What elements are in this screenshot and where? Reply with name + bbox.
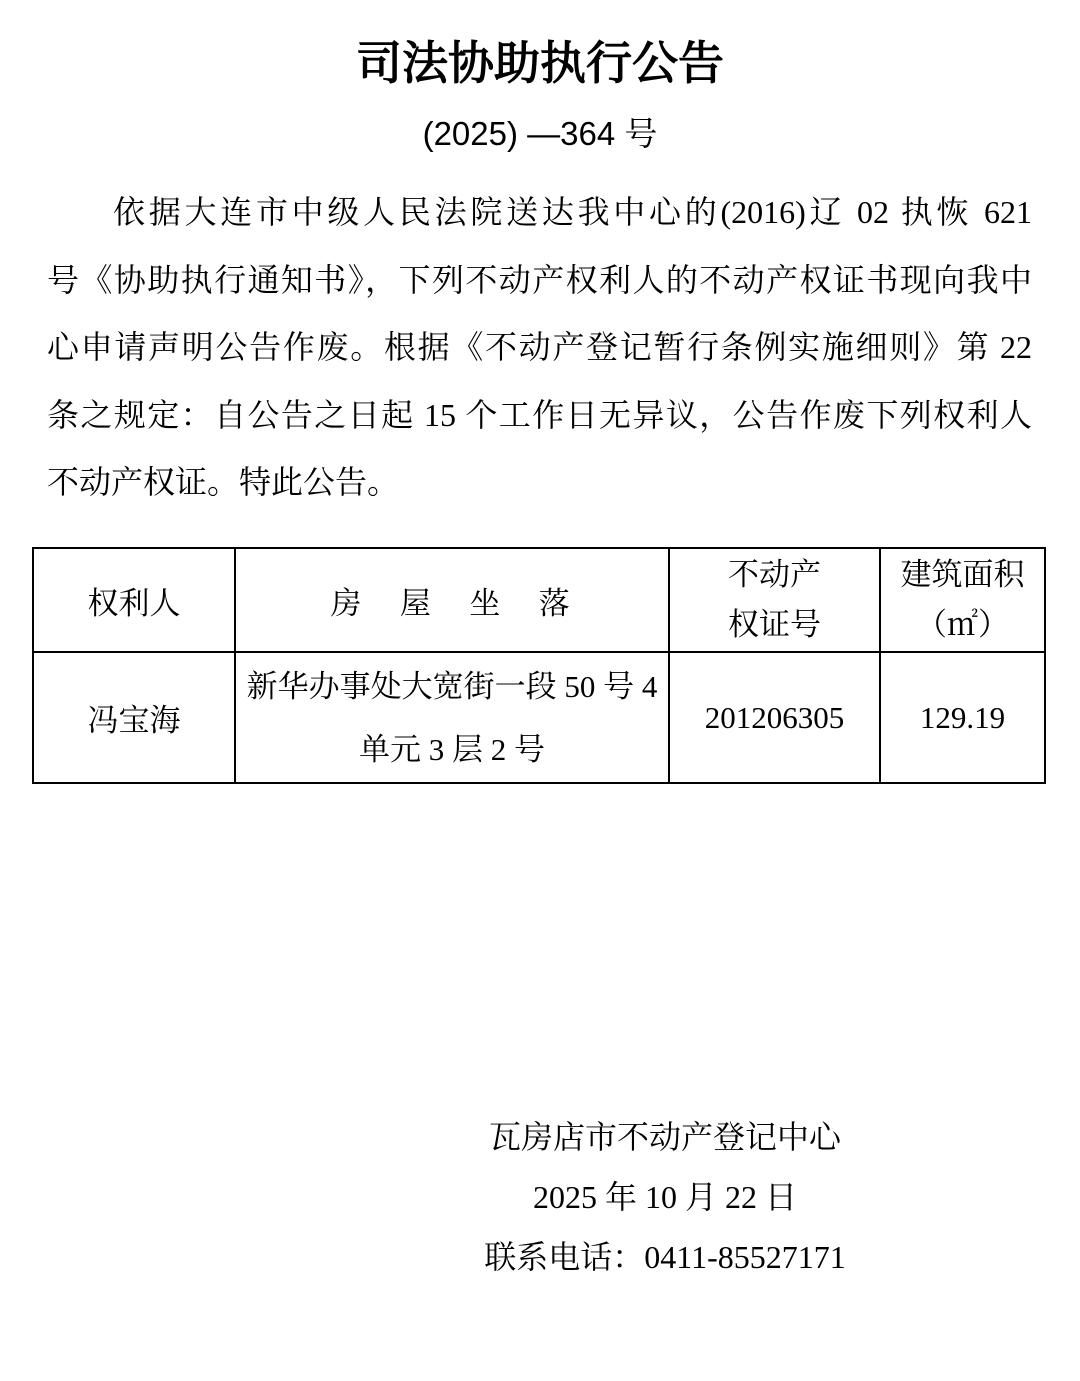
document-title: 司法协助执行公告 <box>0 40 1080 86</box>
body-line-2: 号《协助执行通知书》，下列不动产权利人的不动产权证书现向我中 <box>47 247 1032 315</box>
col-header-location: 房 屋 坐 落 <box>235 548 669 652</box>
col-header-cert-no: 不动产 权证号 <box>669 548 880 652</box>
document-number: (2025) —364 号 <box>0 117 1080 150</box>
col-header-owner: 权利人 <box>33 548 235 652</box>
cell-location: 新华办事处大宽街一段 50 号 4 单元 3 层 2 号 <box>235 652 669 783</box>
cell-area: 129.19 <box>880 652 1045 783</box>
table-row: 冯宝海 新华办事处大宽街一段 50 号 4 单元 3 层 2 号 2012063… <box>33 652 1045 783</box>
issuing-org: 瓦房店市不动产登记中心 <box>250 1107 1080 1167</box>
property-table: 权利人 房 屋 坐 落 不动产 权证号 建筑面积 （㎡） 冯宝海 新华办事处大宽… <box>32 547 1046 784</box>
cell-owner: 冯宝海 <box>33 652 235 783</box>
col-header-cert-no-line1: 不动产 <box>670 550 879 600</box>
body-line-5: 不动产权证。特此公告。 <box>47 449 1032 517</box>
announcement-body: 依据大连市中级人民法院送达我中心的(2016)辽 02 执恢 621 号《协助执… <box>47 179 1032 517</box>
cell-cert-no: 201206305 <box>669 652 880 783</box>
col-header-area: 建筑面积 （㎡） <box>880 548 1045 652</box>
col-header-area-line2: （㎡） <box>881 600 1044 650</box>
cell-location-line2: 单元 3 层 2 号 <box>236 718 668 781</box>
body-line-1: 依据大连市中级人民法院送达我中心的(2016)辽 02 执恢 621 <box>47 179 1032 247</box>
contact-phone: 联系电话：0411-85527171 <box>250 1227 1080 1287</box>
col-header-area-line1: 建筑面积 <box>881 550 1044 600</box>
col-header-cert-no-line2: 权证号 <box>670 600 879 650</box>
body-line-3: 心申请声明公告作废。根据《不动产登记暂行条例实施细则》第 22 <box>47 314 1032 382</box>
table-header-row: 权利人 房 屋 坐 落 不动产 权证号 建筑面积 （㎡） <box>33 548 1045 652</box>
body-line-4: 条之规定：自公告之日起 15 个工作日无异议，公告作废下列权利人 <box>47 382 1032 450</box>
signature-block: 瓦房店市不动产登记中心 2025 年 10 月 22 日 联系电话：0411-8… <box>250 1107 1080 1287</box>
announcement-document: 司法协助执行公告 (2025) —364 号 依据大连市中级人民法院送达我中心的… <box>0 0 1080 1381</box>
issue-date: 2025 年 10 月 22 日 <box>250 1167 1080 1227</box>
cell-location-line1: 新华办事处大宽街一段 50 号 4 <box>236 655 668 718</box>
